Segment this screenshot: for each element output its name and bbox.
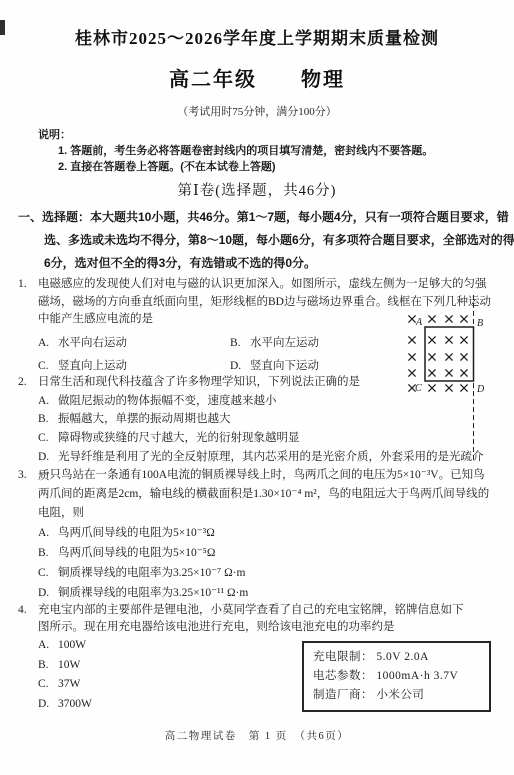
option-1b-text: 水平向左运动 [250,337,319,349]
option-2a-text: 做阻尼振动的物体振幅不变，速度越来越小 [58,395,277,407]
nameplate-line-charge-limit: 充电限制： 5.0V 2.0A [313,648,489,667]
notes-label: 说明： [38,127,478,143]
option-3c: C.铜质裸导线的电阻率为3.25×10⁻⁷ Ω·m [38,563,494,583]
note-item-2: 2. 直接在答题卷上答题。(不在本试卷上答题) [38,159,478,175]
option-2b: B.振幅越大，单摆的振动周期也越大 [38,410,494,429]
question-4-number: 4. [18,602,27,619]
exam-paper-page: 桂林市2025～2026学年度上学期期末质量检测 高二年级 物理 （考试用时75… [0,0,514,775]
question-3-number: 3. [18,466,27,485]
option-2d-label: D. [38,448,58,467]
question-1-options: A.水平向右运动 B.水平向左运动 C.竖直向上运动 D.竖直向下运动 [38,332,418,378]
page-footer: 高二物理试卷 第 1 页 （共6页） [0,728,514,743]
option-4d-text: 3700W [58,698,92,710]
option-1a-text: 水平向右运动 [58,337,127,349]
question-1-stem: 电磁感应的发现使人们对电与磁的认识更加深入。如图所示，虚线左侧为一足够大的匀强磁… [38,278,491,325]
exam-notes: 说明： 1. 答题前，考生务必将答题卷密封线内的项目填写清楚，密封线内不要答题。… [38,127,478,175]
question-2-stem-row: 2. 日常生活和现代科技蕴含了许多物理学知识，下列说法正确的是 [18,374,494,392]
option-3d-label: D. [38,583,58,603]
option-3b-text: 鸟两爪间导线的电阻为5×10⁻⁵Ω [58,547,215,559]
option-4b-label: B. [38,656,58,676]
question-3: 3. 一只鸟站在一条通有100A电流的铜质裸导线上时，鸟两爪之间的电压为5×10… [18,466,494,603]
option-3a-text: 鸟两爪间导线的电阻为5×10⁻³Ω [58,527,215,539]
option-1b-label: B. [230,332,250,355]
option-3d: D.铜质裸导线的电阻率为3.25×10⁻¹¹ Ω·m [38,583,494,603]
option-3c-text: 铜质裸导线的电阻率为3.25×10⁻⁷ Ω·m [58,567,245,579]
nameplate-line-manufacturer: 制造厂商： 小米公司 [313,686,489,705]
option-3d-text: 铜质裸导线的电阻率为3.25×10⁻¹¹ Ω·m [58,587,248,599]
option-4a-text: 100W [58,639,86,651]
section-title: 第Ⅰ卷(选择题，共46分) [0,179,514,200]
option-1a-label: A. [38,332,58,355]
option-4a-label: A. [38,636,58,656]
option-4b-text: 10W [58,659,80,671]
option-2a: A.做阻尼振动的物体振幅不变，速度越来越小 [38,392,494,411]
option-3a: A.鸟两爪间导线的电阻为5×10⁻³Ω [38,523,494,543]
question-2-stem: 日常生活和现代科技蕴含了许多物理学知识，下列说法正确的是 [38,376,360,388]
question-2-number: 2. [18,374,27,392]
exam-title: 桂林市2025～2026学年度上学期期末质量检测 [0,24,514,49]
question-3-stem-row: 3. 一只鸟站在一条通有100A电流的铜质裸导线上时，鸟两爪之间的电压为5×10… [18,466,494,523]
option-4d-label: D. [38,695,58,715]
option-2a-label: A. [38,392,58,411]
option-3b-label: B. [38,543,58,563]
question-4-stem: 充电宝内部的主要部件是锂电池，小莫同学查看了自己的充电宝铭牌，铭牌信息如下图所示… [38,604,464,633]
note-item-1: 1. 答题前，考生务必将答题卷密封线内的项目填写清楚，密封线内不要答题。 [38,143,478,159]
exam-subtitle: 高二年级 物理 [0,63,514,92]
question-1: 1. 电磁感应的发现使人们对电与磁的认识更加深入。如图所示，虚线左侧为一足够大的… [18,276,494,378]
exam-duration-info: （考试用时75分钟，满分100分） [0,103,514,119]
option-3b: B.鸟两爪间导线的电阻为5×10⁻⁵Ω [38,543,494,563]
question-4-stem-row: 4. 充电宝内部的主要部件是锂电池，小莫同学查看了自己的充电宝铭牌，铭牌信息如下… [18,602,468,636]
option-4c-label: C. [38,675,58,695]
option-1c-text: 竖直向上运动 [58,360,127,372]
question-1-number: 1. [18,276,27,294]
option-1a: A.水平向右运动 [38,332,230,355]
nameplate-line-cell-params: 电芯参数： 1000mA·h 3.7V [313,667,489,686]
option-2b-text: 振幅越大，单摆的振动周期也越大 [58,413,231,425]
battery-nameplate: 充电限制： 5.0V 2.0A 电芯参数： 1000mA·h 3.7V 制造厂商… [302,641,491,712]
option-1d-text: 竖直向下运动 [250,360,319,372]
option-2c-label: C. [38,429,58,448]
question-3-stem: 一只鸟站在一条通有100A电流的铜质裸导线上时，鸟两爪之间的电压为5×10⁻³V… [38,469,489,519]
option-3c-label: C. [38,563,58,583]
option-2c-text: 障碍物或狭缝的尺寸越大，光的衍射现象越明显 [58,432,300,444]
option-1b: B.水平向左运动 [230,332,418,355]
option-2b-label: B. [38,410,58,429]
question-1-stem-row: 1. 电磁感应的发现使人们对电与磁的认识更加深入。如图所示，虚线左侧为一足够大的… [18,276,494,329]
option-2c: C.障碍物或狭缝的尺寸越大，光的衍射现象越明显 [38,429,494,448]
question-3-options: A.鸟两爪间导线的电阻为5×10⁻³Ω B.鸟两爪间导线的电阻为5×10⁻⁵Ω … [38,523,494,603]
option-3a-label: A. [38,523,58,543]
section-intro: 一、选择题：本大题共10小题，共46分。第1～7题，每小题4分，只有一项符合题目… [18,206,514,275]
option-4c-text: 37W [58,678,80,690]
